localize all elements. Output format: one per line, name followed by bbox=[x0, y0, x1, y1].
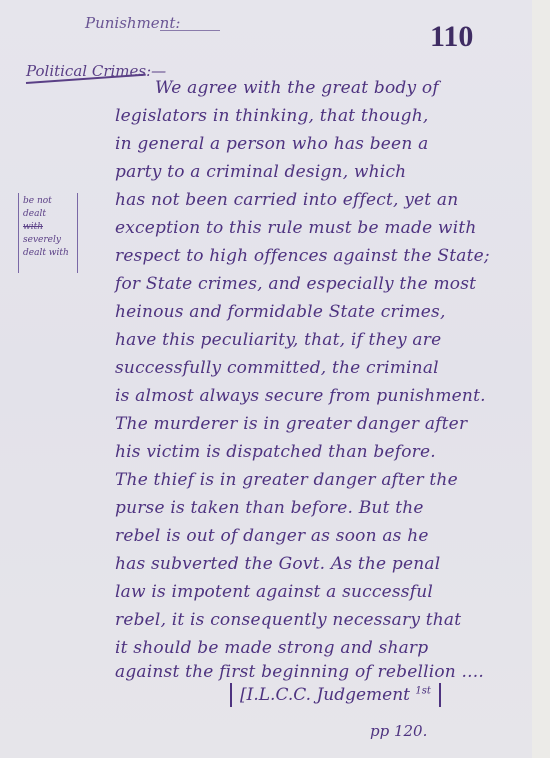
body-line: for State crimes, and especially the mos… bbox=[115, 274, 476, 294]
margin-note-struck-line: with bbox=[23, 221, 73, 234]
body-line: rebel, it is consequently necessary that bbox=[115, 610, 461, 630]
citation-text: [I.L.C.C. Judgement bbox=[240, 685, 410, 705]
body-line: against the first beginning of rebellion… bbox=[115, 662, 484, 682]
body-line: party to a criminal design, which bbox=[115, 162, 406, 182]
body-line: it should be made strong and sharp bbox=[115, 638, 428, 658]
margin-note-line: severely bbox=[23, 234, 73, 247]
body-line: has subverted the Govt. As the penal bbox=[115, 554, 440, 574]
body-line: is almost always secure from punishment. bbox=[115, 386, 486, 406]
body-line: We agree with the great body of bbox=[155, 78, 439, 98]
body-line: exception to this rule must be made with bbox=[115, 218, 477, 238]
body-line: has not been carried into effect, yet an bbox=[115, 190, 458, 210]
citation-pages: pp 120. bbox=[370, 722, 427, 740]
body-line: have this peculiarity, that, if they are bbox=[115, 330, 441, 350]
heading-rule bbox=[160, 30, 220, 31]
margin-note-line: dealt with bbox=[23, 247, 73, 260]
citation: [I.L.C.C. Judgement 1st bbox=[230, 683, 441, 707]
body-line: rebel is out of danger as soon as he bbox=[115, 526, 429, 546]
body-line: his victim is dispatched than before. bbox=[115, 442, 436, 462]
margin-note-line: be not bbox=[23, 195, 73, 208]
citation-superscript: 1st bbox=[415, 685, 431, 696]
manuscript-page: Punishment: 110 Political Crimes:— be no… bbox=[0, 0, 532, 758]
body-line: heinous and formidable State crimes, bbox=[115, 302, 446, 322]
body-line: purse is taken than before. But the bbox=[115, 498, 424, 518]
body-line: law is impotent against a successful bbox=[115, 582, 433, 602]
margin-note: be not dealt with severely dealt with bbox=[18, 193, 78, 273]
body-line: in general a person who has been a bbox=[115, 134, 428, 154]
page-number: 110 bbox=[430, 20, 473, 54]
body-line: respect to high offences against the Sta… bbox=[115, 246, 490, 266]
body-line: legislators in thinking, that though, bbox=[115, 106, 429, 126]
margin-note-line: dealt bbox=[23, 208, 73, 221]
body-line: The murderer is in greater danger after bbox=[115, 414, 467, 434]
body-line: The thief is in greater danger after the bbox=[115, 470, 458, 490]
body-line: successfully committed, the criminal bbox=[115, 358, 439, 378]
